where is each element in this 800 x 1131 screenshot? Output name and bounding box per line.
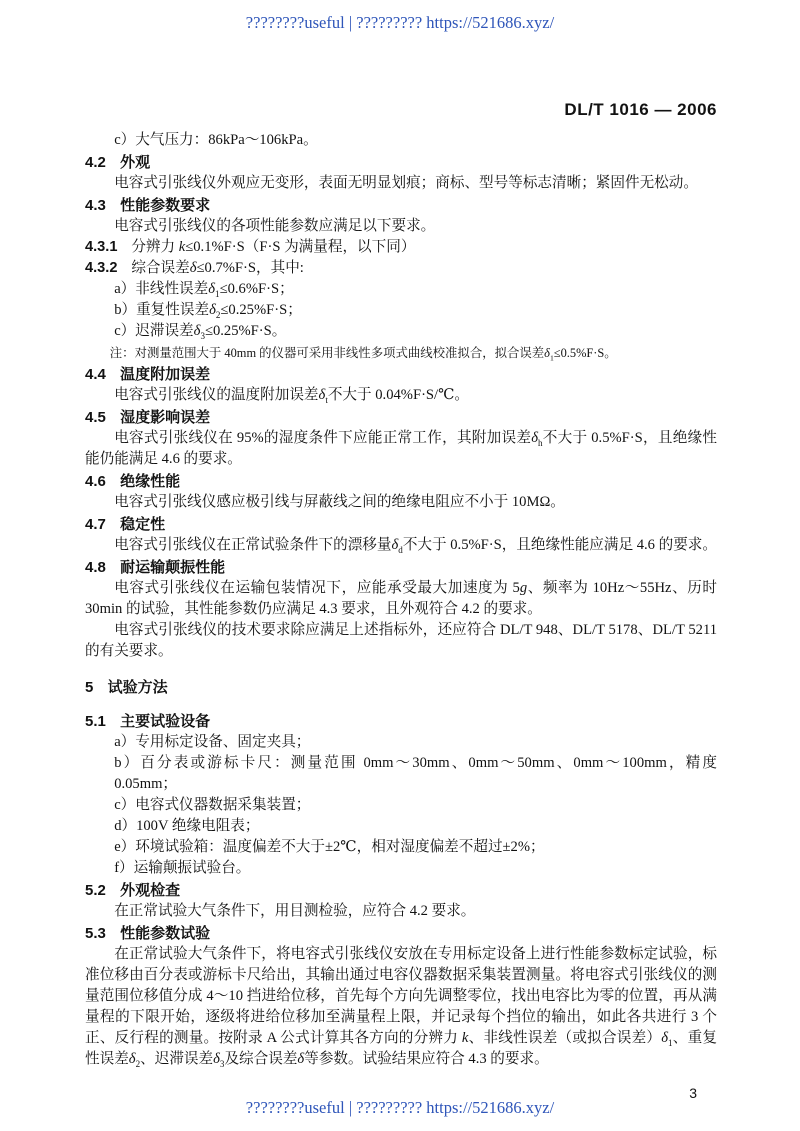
section-number: 4.3 (85, 197, 106, 214)
section-heading: 4.4温度附加误差 (85, 364, 717, 385)
section-title: 外观检查 (120, 882, 180, 899)
paragraph: 电容式引张线仪的各项性能参数应满足以下要求。 (85, 216, 717, 237)
clause-line: 4.3.2综合误差δ≤0.7%F·S，其中: (85, 258, 717, 279)
list-item: f）运输颠振试验台。 (85, 858, 717, 879)
standard-number: DL/T 1016 — 2006 (85, 100, 717, 120)
section-heading: 5.3性能参数试验 (85, 923, 717, 944)
section-title: 性能参数要求 (120, 197, 210, 214)
section-heading: 5.2外观检查 (85, 880, 717, 901)
section-heading: 4.8耐运输颠振性能 (85, 557, 717, 578)
clause-text: 综合误差δ≤0.7%F·S，其中: (131, 260, 304, 276)
section-number: 4.6 (85, 473, 106, 490)
document-body: c）大气压力：86kPa～106kPa。4.2外观电容式引张线仪外观应无变形，表… (85, 130, 717, 1070)
section-title: 耐运输颠振性能 (120, 559, 225, 576)
section-number: 5.1 (85, 713, 106, 730)
section-heading: 4.5湿度影响误差 (85, 407, 717, 428)
section-title: 温度附加误差 (120, 366, 210, 383)
section-number: 5.3 (85, 925, 106, 942)
list-item: e）环境试验箱：温度偏差不大于±2℃，相对湿度偏差不超过±2%； (85, 837, 717, 858)
section-number: 5.2 (85, 882, 106, 899)
clause-number: 4.3.2 (85, 260, 117, 276)
section-title: 性能参数试验 (120, 925, 210, 942)
section-number: 4.4 (85, 366, 106, 383)
section-heading: 4.2外观 (85, 152, 717, 173)
list-item: c）迟滞误差δ3≤0.25%F·S。 (85, 321, 717, 342)
paragraph: 电容式引张线仪的温度附加误差δt不大于 0.04%F·S/℃。 (85, 385, 717, 406)
section-title: 外观 (120, 154, 150, 171)
watermark-link-top[interactable]: ????????useful | ????????? https://52168… (0, 13, 800, 33)
section-number: 4.2 (85, 154, 106, 171)
paragraph: 电容式引张线仪的技术要求除应满足上述指标外，还应符合 DL/T 948、DL/T… (85, 620, 717, 662)
list-item: d）100V 绝缘电阻表； (85, 816, 717, 837)
paragraph: 电容式引张线仪在 95%的湿度条件下应能正常工作，其附加误差δh不大于 0.5%… (85, 428, 717, 470)
section-title: 稳定性 (120, 516, 165, 533)
section-number: 4.5 (85, 409, 106, 426)
section-heading: 4.6绝缘性能 (85, 471, 717, 492)
list-item: c）电容式仪器数据采集装置； (85, 795, 717, 816)
list-item: a）非线性误差δ1≤0.6%F·S； (85, 279, 717, 300)
list-item: c）大气压力：86kPa～106kPa。 (85, 130, 717, 151)
paragraph: 电容式引张线仪感应极引线与屏蔽线之间的绝缘电阻应不小于 10MΩ。 (85, 492, 717, 513)
paragraph: 电容式引张线仪在运输包装情况下，应能承受最大加速度为 5g、频率为 10Hz～5… (85, 578, 717, 620)
section-heading: 5试验方法 (85, 677, 717, 698)
clause-text: 分辨力 k≤0.1%F·S（F·S 为满量程，以下同） (131, 239, 415, 255)
paragraph: 在正常试验大气条件下，用目测检验，应符合 4.2 要求。 (85, 901, 717, 922)
section-number: 4.7 (85, 516, 106, 533)
list-item: a）专用标定设备、固定夹具； (85, 732, 717, 753)
section-title: 绝缘性能 (120, 473, 180, 490)
paragraph: 在正常试验大气条件下，将电容式引张线仪安放在专用标定设备上进行性能参数标定试验，… (85, 944, 717, 1070)
section-number: 5 (85, 679, 93, 696)
section-number: 4.8 (85, 559, 106, 576)
paragraph: 电容式引张线仪外观应无变形，表面无明显划痕；商标、型号等标志清晰；紧固件无松动。 (85, 173, 717, 194)
section-title: 湿度影响误差 (120, 409, 210, 426)
watermark-link-bottom[interactable]: ????????useful | ????????? https://52168… (0, 1098, 800, 1118)
section-heading: 4.3性能参数要求 (85, 195, 717, 216)
clause-number: 4.3.1 (85, 239, 117, 255)
note-line: 注：对测量范围大于 40mm 的仪器可采用非线性多项式曲线校准拟合，拟合误差δ1… (85, 343, 717, 363)
page-content: DL/T 1016 — 2006 c）大气压力：86kPa～106kPa。4.2… (85, 100, 717, 1101)
section-title: 试验方法 (108, 679, 168, 696)
list-item: b）百分表或游标卡尺：测量范围 0mm～30mm、0mm～50mm、0mm～10… (85, 753, 717, 795)
document-page: { "watermark": { "color": "#2e55b9", "to… (0, 0, 800, 1131)
list-item: b）重复性误差δ2≤0.25%F·S； (85, 300, 717, 321)
paragraph: 电容式引张线仪在正常试验条件下的漂移量δd不大于 0.5%F·S，且绝缘性能应满… (85, 535, 717, 556)
section-heading: 4.7稳定性 (85, 514, 717, 535)
section-heading: 5.1主要试验设备 (85, 711, 717, 732)
section-title: 主要试验设备 (120, 713, 210, 730)
clause-line: 4.3.1分辨力 k≤0.1%F·S（F·S 为满量程，以下同） (85, 237, 717, 258)
